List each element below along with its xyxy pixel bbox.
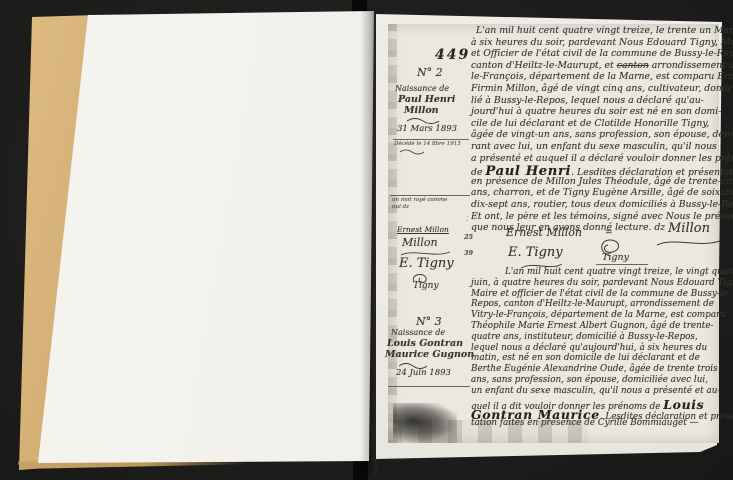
manuscript-line: à six heures du soir, pardevant Nous Edo… [471, 37, 733, 48]
manuscript-line: Berthe Eugénie Alexandrine Oude, âgée de… [471, 364, 718, 374]
manuscript-line: Vitry-le-François, département de la Mar… [471, 310, 726, 320]
signature-underline [596, 264, 648, 265]
margin-rule [393, 139, 469, 140]
page-number: 449 [435, 47, 470, 63]
margin-separator-rule [390, 195, 470, 196]
erasure-note-line2: nul dz [392, 204, 409, 210]
manuscript-line: lequel nous a déclaré qu'aujourd'hui, à … [471, 343, 707, 353]
margin-autograph-tigny: Tigny [413, 281, 439, 291]
fold-mark: ⁚ [466, 216, 468, 223]
act1-margin-title: Naissance de [395, 84, 449, 93]
act2-margin-date: 24 Juin 1893 [396, 368, 451, 378]
margin-autograph-millon: Millon [402, 236, 438, 249]
manuscript-line: canton d'Heiltz-le-Maurupt, et canton ar… [471, 60, 733, 71]
margin-rule [388, 386, 470, 387]
manuscript-line: quatre ans, instituteur, domicilié à Bus… [471, 332, 698, 342]
act1-autograph-millon: Millon [668, 221, 710, 236]
erasure-note-line1: un mot rayé comme [392, 197, 447, 203]
manuscript-line: Et ont, le père et les témoins, signé av… [471, 211, 733, 222]
manuscript-line: Firmin Millon, âgé de vingt cinq ans, cu… [471, 83, 733, 94]
act1-margin-date: 31 Mars 1893 [397, 124, 457, 134]
manuscript-line: Maire et officier de l'état civil de la … [471, 289, 731, 299]
manuscript-line: rant avec lui, un enfant du sexe masculi… [471, 141, 717, 152]
manuscript-line: Théophile Marie Ernest Albert Gugnon, âg… [471, 321, 714, 331]
register-book-scan: 449 N° 2 Naissance de Paul Henri Millon … [0, 0, 733, 480]
manuscript-line: le-François, département de la Marne, es… [471, 71, 733, 82]
act1-margin-surname: Millon [404, 105, 439, 116]
margin-signature-ernest-millon: Ernest Millon [397, 225, 449, 234]
margin-flourish [399, 149, 425, 155]
act2-margin-surname: Maurice Gugnon [385, 349, 474, 360]
manuscript-line: L'an mil huit cent quatre vingt treize, … [471, 267, 733, 277]
act1-signature-ernest-millon: Ernest Millon [506, 226, 582, 239]
signature-flourish [656, 239, 722, 248]
manuscript-line: matin, est né en son domicile de lui déc… [471, 353, 700, 363]
manuscript-line: tation faites en présence de Cyrille Bom… [471, 418, 698, 428]
fold-mark: 39 [464, 249, 473, 257]
act1-margin-child-name: Paul Henri [398, 94, 455, 105]
manuscript-line: Repos, canton d'Heiltz-le-Maurupt, arron… [471, 299, 714, 309]
manuscript-line: lié à Bussy-le-Repos, lequel nous a décl… [471, 95, 704, 106]
act2-margin-number: N° 3 [416, 315, 442, 328]
act1-signature-e-tigny: E. Tigny [508, 245, 563, 260]
manuscript-line: jourd'hui à quatre heures du soir est né… [471, 106, 721, 117]
manuscript-line: a présenté et auquel il a déclaré vouloi… [471, 153, 733, 164]
fold-mark: 25 [464, 233, 473, 241]
manuscript-line: un enfant du sexe masculin, qu'il nous a… [471, 386, 720, 396]
margin-flourish [406, 117, 440, 124]
signature-dash: = [605, 228, 613, 238]
manuscript-line: et Officier de l'état civil de la commun… [471, 48, 733, 59]
manuscript-line: âgée de vingt-un ans, sans profession, s… [471, 129, 733, 140]
manuscript-line: cile de lui déclarant et de Clotilde Hon… [471, 118, 709, 129]
photocopy-ink-blotch [393, 403, 457, 443]
manuscript-line: ans, sans profession, son épouse, domici… [471, 375, 708, 385]
manuscript-line: juin, à quatre heures du soir, pardevant… [471, 278, 733, 288]
manuscript-line: ans, charron, et de Tigny Eugène Arsille… [471, 187, 733, 198]
margin-signature-e-tigny: E. Tigny [399, 256, 454, 271]
manuscript-line: dix-sept ans, routier, tous deux domicil… [471, 199, 733, 210]
manuscript-line: L'an mil huit cent quatre vingt treize, … [471, 25, 733, 36]
act1-autograph-tigny: Tigny [602, 252, 629, 263]
manuscript-line: en présence de Millon Jules Théodule, âg… [471, 176, 733, 187]
act1-margin-number: N° 2 [417, 66, 443, 79]
act2-margin-title: Naissance de [391, 328, 445, 337]
act2-margin-child-name: Louis Gontran [387, 338, 463, 349]
act1-margin-small-note: Décédé le 14 8bre 1913 [394, 141, 461, 147]
